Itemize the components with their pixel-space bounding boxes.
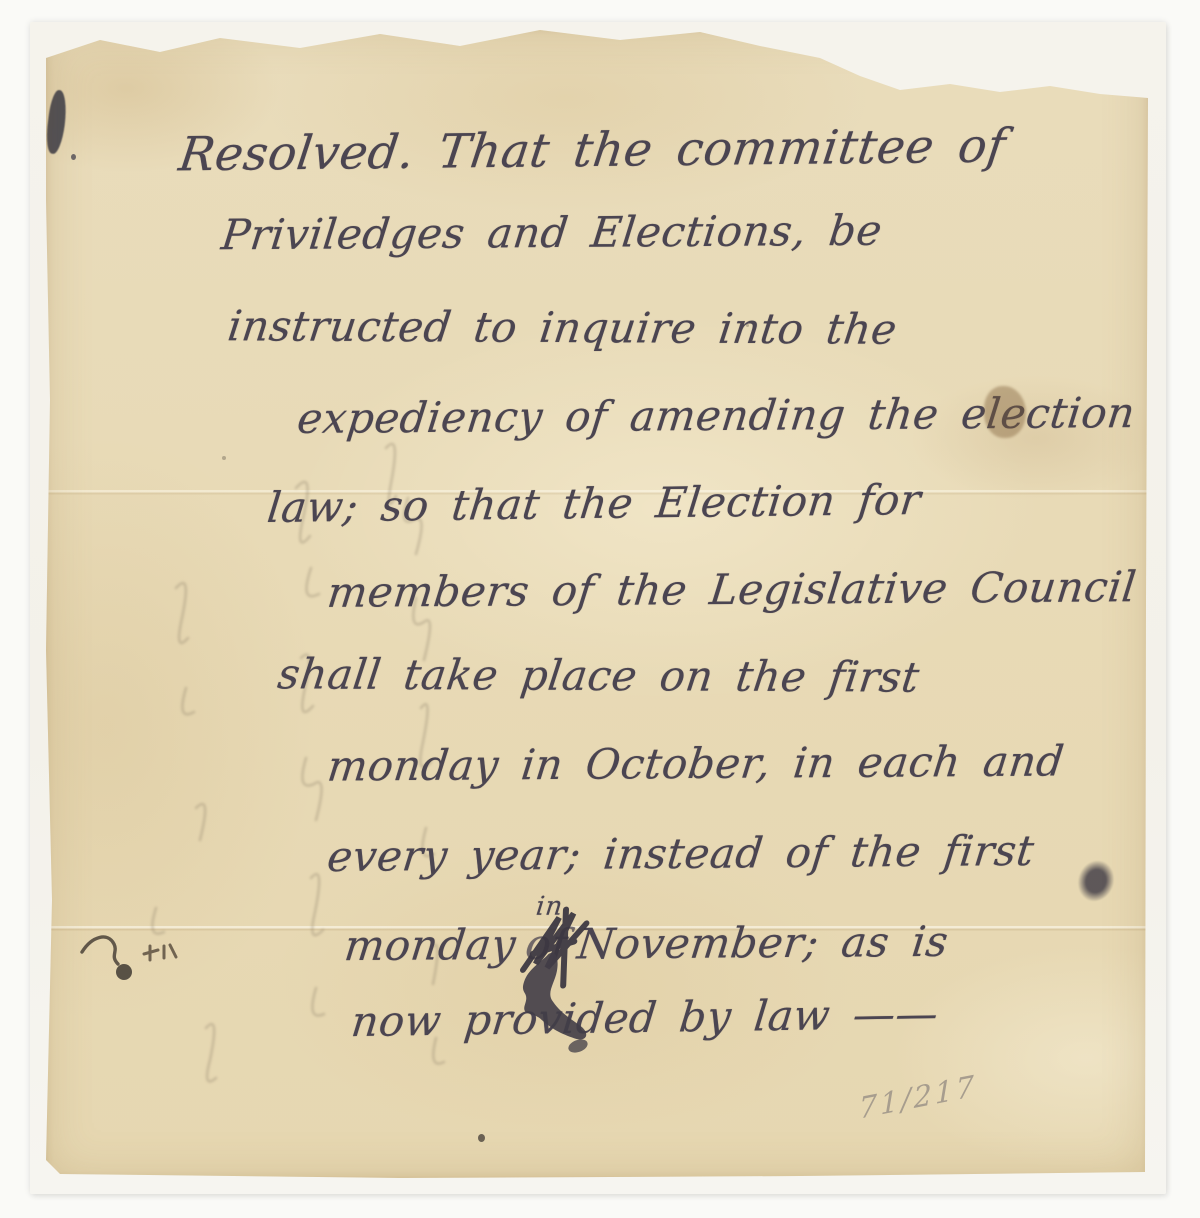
manuscript-line-8: monday in October, in each and	[325, 740, 1066, 787]
manuscript-line-6: members of the Legislative Council	[325, 566, 1138, 614]
manuscript-line-7: shall take place on the first	[276, 653, 922, 698]
ink-speck	[222, 456, 226, 460]
manuscript-line-1: Resolved. That the committee of	[176, 123, 1008, 179]
archival-number: 71/217	[859, 1068, 977, 1125]
ink-blot-top-left	[44, 89, 69, 155]
line10-before: monday	[342, 920, 519, 970]
manuscript-line-10: mondayofin November; as is	[342, 921, 950, 967]
manuscript-line-9: every year; instead of the first	[325, 830, 1036, 878]
ink-speck	[478, 1134, 485, 1142]
ink-speck	[746, 324, 749, 327]
ink-dot	[71, 154, 76, 160]
ink-blot-line9	[1072, 855, 1119, 906]
manuscript-line-5: law; so that the Election for	[265, 479, 923, 529]
scanned-page: Resolved. That the committee of Priviled…	[0, 0, 1200, 1218]
ink-squiggle-left	[76, 928, 196, 988]
line10-after: November; as is	[575, 917, 951, 969]
manuscript-line-2: Priviledges and Elections, be	[219, 210, 884, 257]
inserted-word: in	[535, 894, 565, 920]
manuscript-paper: Resolved. That the committee of Priviled…	[46, 28, 1148, 1178]
manuscript-line-11: now provided by law ——	[349, 993, 940, 1043]
brown-stain	[984, 386, 1026, 438]
manuscript-line-3: instructed to inquire into the	[226, 305, 900, 351]
struck-out-word: ofin	[523, 924, 570, 966]
